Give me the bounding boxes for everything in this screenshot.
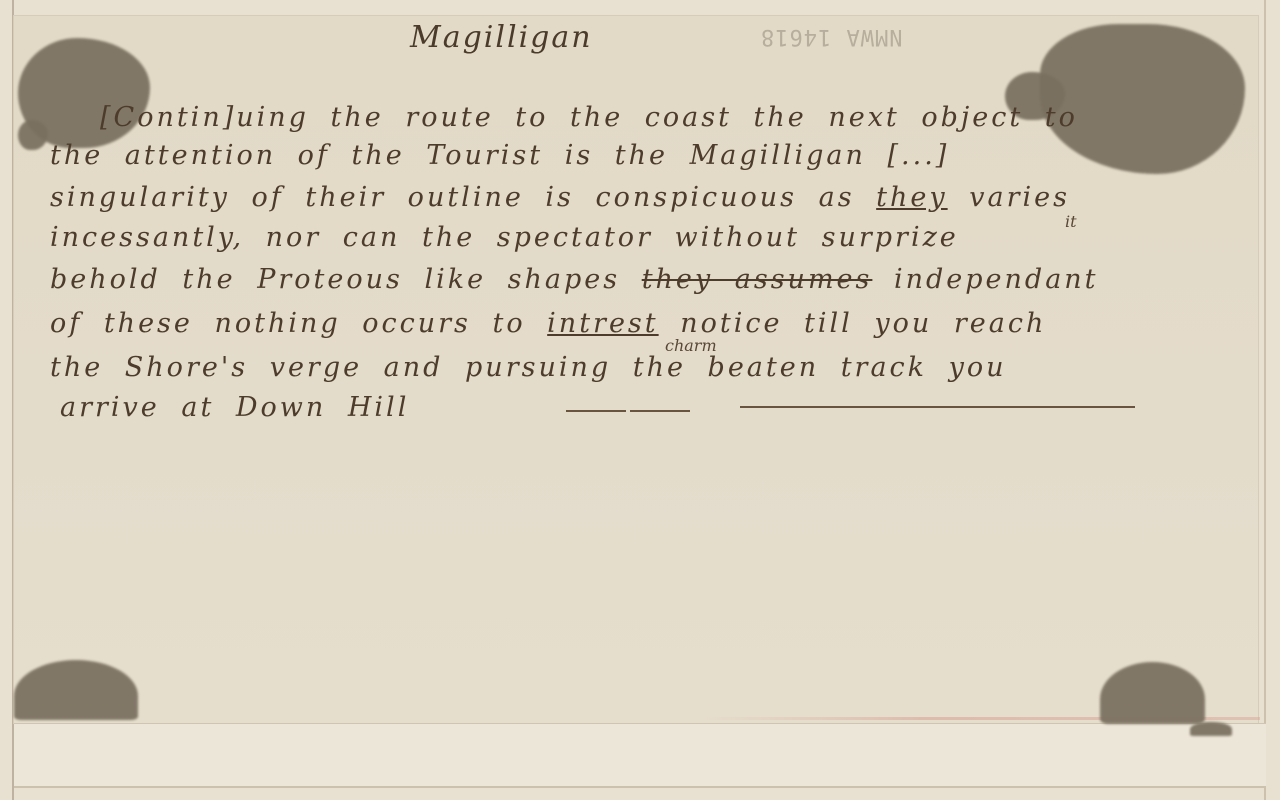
underlined-word-intrest: intrest — [547, 308, 658, 339]
text-line-7: the Shore's verge and pursuing the beate… — [50, 352, 1007, 383]
text-line-5: behold the Proteous like shapes they ass… — [50, 264, 1099, 295]
text-line-2: the attention of the Tourist is the Magi… — [50, 140, 949, 171]
text-line-5-after: independant — [872, 264, 1098, 295]
text-line-3-after: varies — [948, 182, 1070, 213]
closing-dash-short-1 — [566, 410, 626, 412]
text-line-5-before: behold the Proteous like shapes — [50, 264, 642, 295]
text-line-1: [Contin]uing the route to the coast the … — [100, 102, 1078, 133]
stain-bottom-right-small — [1190, 722, 1232, 736]
text-line-6-after: notice till you reach — [659, 308, 1047, 339]
text-line-3: singularity of their outline is conspicu… — [50, 182, 1070, 213]
text-line-6-before: of these nothing occurs to — [50, 308, 547, 339]
annotation-under-they: it — [1065, 212, 1077, 231]
struck-words: they assumes — [642, 264, 873, 295]
right-paper-edge — [1264, 0, 1266, 800]
closing-rule-long — [740, 406, 1135, 408]
text-line-8: arrive at Down Hill — [60, 392, 409, 423]
text-line-4: incessantly, nor can the spectator witho… — [50, 222, 959, 253]
document-title: Magilligan — [410, 20, 593, 55]
text-line-3-before: singularity of their outline is conspicu… — [50, 182, 876, 213]
mounting-strip — [14, 723, 1266, 788]
underlined-word-they: they — [876, 182, 947, 213]
text-line-6: of these nothing occurs to intrest notic… — [50, 308, 1046, 339]
closing-dash-short-2 — [630, 410, 690, 412]
mirrored-accession-stamp: NMWA 14618 — [760, 24, 902, 49]
